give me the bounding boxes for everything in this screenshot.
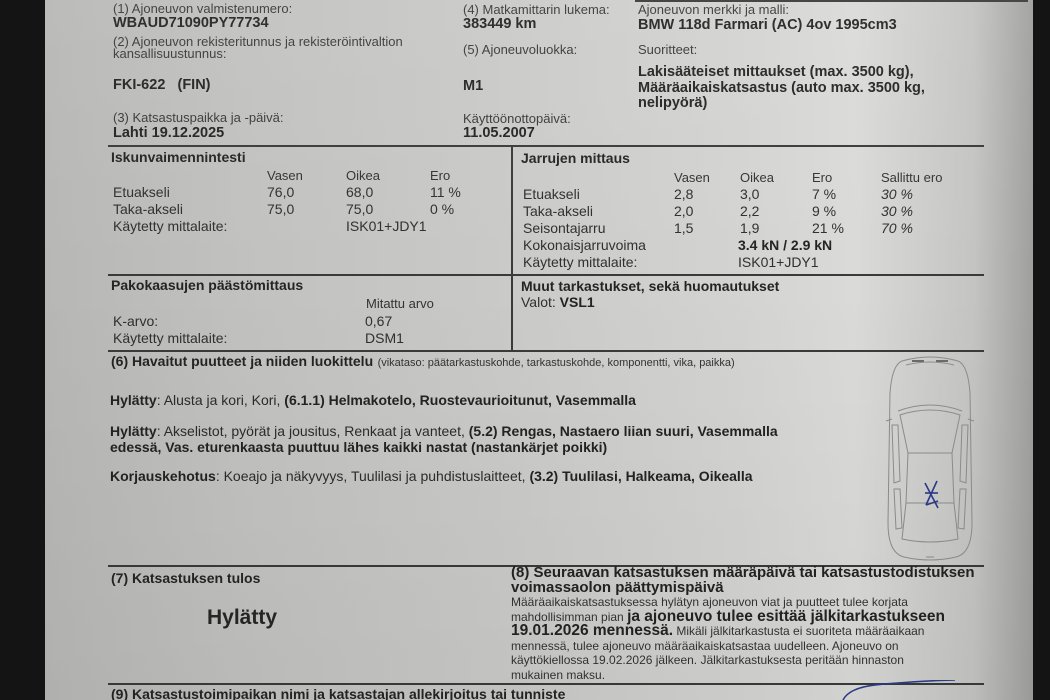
defect-2-detail: (5.2) Rengas, Nastaero liian suuri, Vase… xyxy=(469,423,778,439)
brake-row-rear-diff: 9 % xyxy=(812,203,836,219)
result-title: (7) Katsastuksen tulos xyxy=(111,570,260,586)
defect-1-context: : Alusta ja kori, Kori, xyxy=(157,392,285,408)
brake-row-parking-left: 1,5 xyxy=(674,220,693,236)
brake-total-value: 3.4 kN / 2.9 kN xyxy=(738,237,832,253)
column-divider xyxy=(511,145,513,350)
next-inspection-title: (8) Seuraavan katsastuksen määräpäivä ta… xyxy=(511,565,975,595)
brake-row-rear-allowed: 30 % xyxy=(881,203,913,219)
signature-ink-stroke xyxy=(835,680,995,700)
performed-line-3: nelipyörä) xyxy=(638,96,925,112)
odometer-label: (4) Matkamittarin lukema: xyxy=(463,3,610,16)
next-text-3b: Mikäli jälkitarkastusta ei suoriteta mää… xyxy=(673,624,924,638)
brake-row-parking-label: Seisontajarru xyxy=(523,220,606,236)
shock-row-rear-label: Taka-akseli xyxy=(113,201,183,217)
reg-label-2: kansallisuustunnus: xyxy=(113,47,226,60)
make-model-label: Ajoneuvon merkki ja malli: xyxy=(638,3,789,16)
shock-header-diff: Ero xyxy=(430,168,450,183)
lights-line: Valot: VSL1 xyxy=(521,294,595,310)
next-text-3: 19.01.2026 mennessä. Mikäli jälkitarkast… xyxy=(511,624,945,639)
shock-device-label: Käytetty mittalaite: xyxy=(113,218,227,234)
brake-header-diff: Ero xyxy=(812,170,832,185)
shock-row-front-label: Etuakseli xyxy=(113,184,170,200)
odometer-value: 383449 km xyxy=(463,17,536,32)
emissions-device-label: Käytetty mittalaite: xyxy=(113,330,227,346)
next-deadline: 19.01.2026 mennessä. xyxy=(511,622,673,639)
shock-row-rear-left: 75,0 xyxy=(267,201,294,217)
brake-device-label: Käytetty mittalaite: xyxy=(523,254,637,270)
defect-item-2: Hylätty: Akselistot, pyörät ja jousitus,… xyxy=(110,423,778,455)
brake-device-value: ISK01+JDY1 xyxy=(738,254,819,270)
emissions-measured-header: Mitattu arvo xyxy=(366,296,434,311)
shock-row-front-diff: 11 % xyxy=(430,184,461,200)
shock-row-rear-diff: 0 % xyxy=(430,201,454,217)
performed-label: Suoritteet: xyxy=(638,43,697,56)
shock-header-left: Vasen xyxy=(267,168,303,183)
next-text-2b: ja ajoneuvo tulee esittää jälkitarkastuk… xyxy=(627,608,945,625)
shock-device-value: ISK01+JDY1 xyxy=(346,218,427,234)
brake-row-rear-label: Taka-akseli xyxy=(523,203,593,219)
rule-tests xyxy=(108,274,984,276)
emissions-k-value: 0,67 xyxy=(365,313,392,329)
class-label: (5) Ajoneuvoluokka: xyxy=(463,43,577,56)
shock-test-title: Iskunvaimennintesti xyxy=(111,149,246,165)
brake-row-front-diff: 7 % xyxy=(812,186,836,202)
performed-line-2: Määräaikaiskatsastus (auto max. 3500 kg, xyxy=(638,81,925,97)
reg-number: FKI-622 (FIN) xyxy=(113,78,211,93)
shock-row-rear-right: 75,0 xyxy=(346,201,373,217)
brake-header-right: Oikea xyxy=(740,170,774,185)
emissions-title: Pakokaasujen päästömittaus xyxy=(111,277,303,293)
handwritten-x-mark xyxy=(925,481,938,508)
emissions-k-label: K-arvo: xyxy=(113,313,158,329)
brake-row-front-right: 3,0 xyxy=(740,186,759,202)
shock-row-front-left: 76,0 xyxy=(267,184,294,200)
defects-title: (6) Havaitut puutteet ja niiden luokitte… xyxy=(111,353,373,369)
defect-3-detail: (3.2) Tuulilasi, Halkeama, Oikealla xyxy=(529,468,752,484)
performed-list: Lakisääteiset mittaukset (max. 3500 kg),… xyxy=(638,65,925,112)
defect-1-detail: (6.1.1) Helmakotelo, Ruostevaurioitunut,… xyxy=(284,392,636,408)
shock-header-right: Oikea xyxy=(346,168,380,183)
next-inspection-title-1: (8) Seuraavan katsastuksen määräpäivä ta… xyxy=(511,565,975,580)
defects-heading: (6) Havaitut puutteet ja niiden luokitte… xyxy=(111,353,735,371)
defect-3-level: Korjauskehotus xyxy=(110,468,216,484)
defect-3-context: : Koeajo ja näkyvyys, Tuulilasi ja puhdi… xyxy=(216,468,530,484)
lights-label: Valot: xyxy=(521,294,556,310)
brake-test-title: Jarrujen mittaus xyxy=(521,150,630,166)
next-inspection-title-2: voimassaolon päättymispäivä xyxy=(511,580,975,595)
place-date-label: (3) Katsastuspaikka ja -päivä: xyxy=(113,111,284,124)
defect-2-context: : Akselistot, pyörät ja jousitus, Renkaa… xyxy=(157,423,469,439)
brake-total-label: Kokonaisjarruvoima xyxy=(523,237,646,253)
reg-plate: FKI-622 xyxy=(113,77,165,93)
car-top-view-icon xyxy=(880,353,980,563)
brake-row-parking-right: 1,9 xyxy=(740,220,759,236)
defect-item-1: Hylätty: Alusta ja kori, Kori, (6.1.1) H… xyxy=(110,392,636,408)
emissions-device-value: DSM1 xyxy=(365,330,404,346)
rule-header xyxy=(108,145,984,147)
vin-value: WBAUD71090PY77734 xyxy=(113,16,269,31)
class-value: M1 xyxy=(463,79,483,94)
reg-country: (FIN) xyxy=(177,77,210,93)
performed-line-1: Lakisääteiset mittaukset (max. 3500 kg), xyxy=(638,65,925,81)
brake-header-allowed: Sallittu ero xyxy=(881,170,942,185)
brake-row-front-allowed: 30 % xyxy=(881,186,913,202)
defect-1-level: Hylätty xyxy=(110,392,157,408)
brake-row-front-label: Etuakseli xyxy=(523,186,580,202)
brake-row-front-left: 2,8 xyxy=(674,186,693,202)
brake-row-rear-right: 2,2 xyxy=(740,203,759,219)
first-use-value: 11.05.2007 xyxy=(463,126,535,141)
defect-item-3: Korjauskehotus: Koeajo ja näkyvyys, Tuul… xyxy=(110,468,753,484)
defects-legend: (vikataso: päätarkastuskohde, tarkastusk… xyxy=(378,357,735,369)
next-text-4: mennessä, tulee ajoneuvo määräaikaiskats… xyxy=(511,639,945,654)
result-value: Hylätty xyxy=(207,606,277,630)
place-date-value: Lahti 19.12.2025 xyxy=(113,126,224,141)
brake-row-parking-allowed: 70 % xyxy=(881,220,913,236)
defect-2-detail-cont: edessä, Vas. eturenkaasta puuttuu lähes … xyxy=(110,439,778,455)
lights-value: VSL1 xyxy=(560,294,595,310)
brake-row-parking-diff: 21 % xyxy=(812,220,844,236)
rule-emissions xyxy=(108,350,984,352)
defect-2-level: Hylätty xyxy=(110,423,157,439)
next-inspection-text: Määräaikaiskatsastuksessa hylätyn ajoneu… xyxy=(511,595,945,682)
vin-label: (1) Ajoneuvon valmistenumero: xyxy=(113,2,292,15)
next-text-5: käyttökiellossa 19.02.2026 jälkeen. Jälk… xyxy=(511,653,945,668)
make-model-value: BMW 118d Farmari (AC) 4ov 1995cm3 xyxy=(638,18,897,33)
first-use-label: Käyttöönottopäivä: xyxy=(463,112,571,125)
shock-row-front-right: 68,0 xyxy=(346,184,373,200)
other-checks-title: Muut tarkastukset, sekä huomautukset xyxy=(521,278,779,294)
brake-row-rear-left: 2,0 xyxy=(674,203,693,219)
brake-header-left: Vasen xyxy=(674,170,710,185)
inspection-certificate-page: (1) Ajoneuvon valmistenumero: WBAUD71090… xyxy=(45,0,1033,700)
signature-title: (9) Katsastustoimipaikan nimi ja katsast… xyxy=(111,686,565,700)
